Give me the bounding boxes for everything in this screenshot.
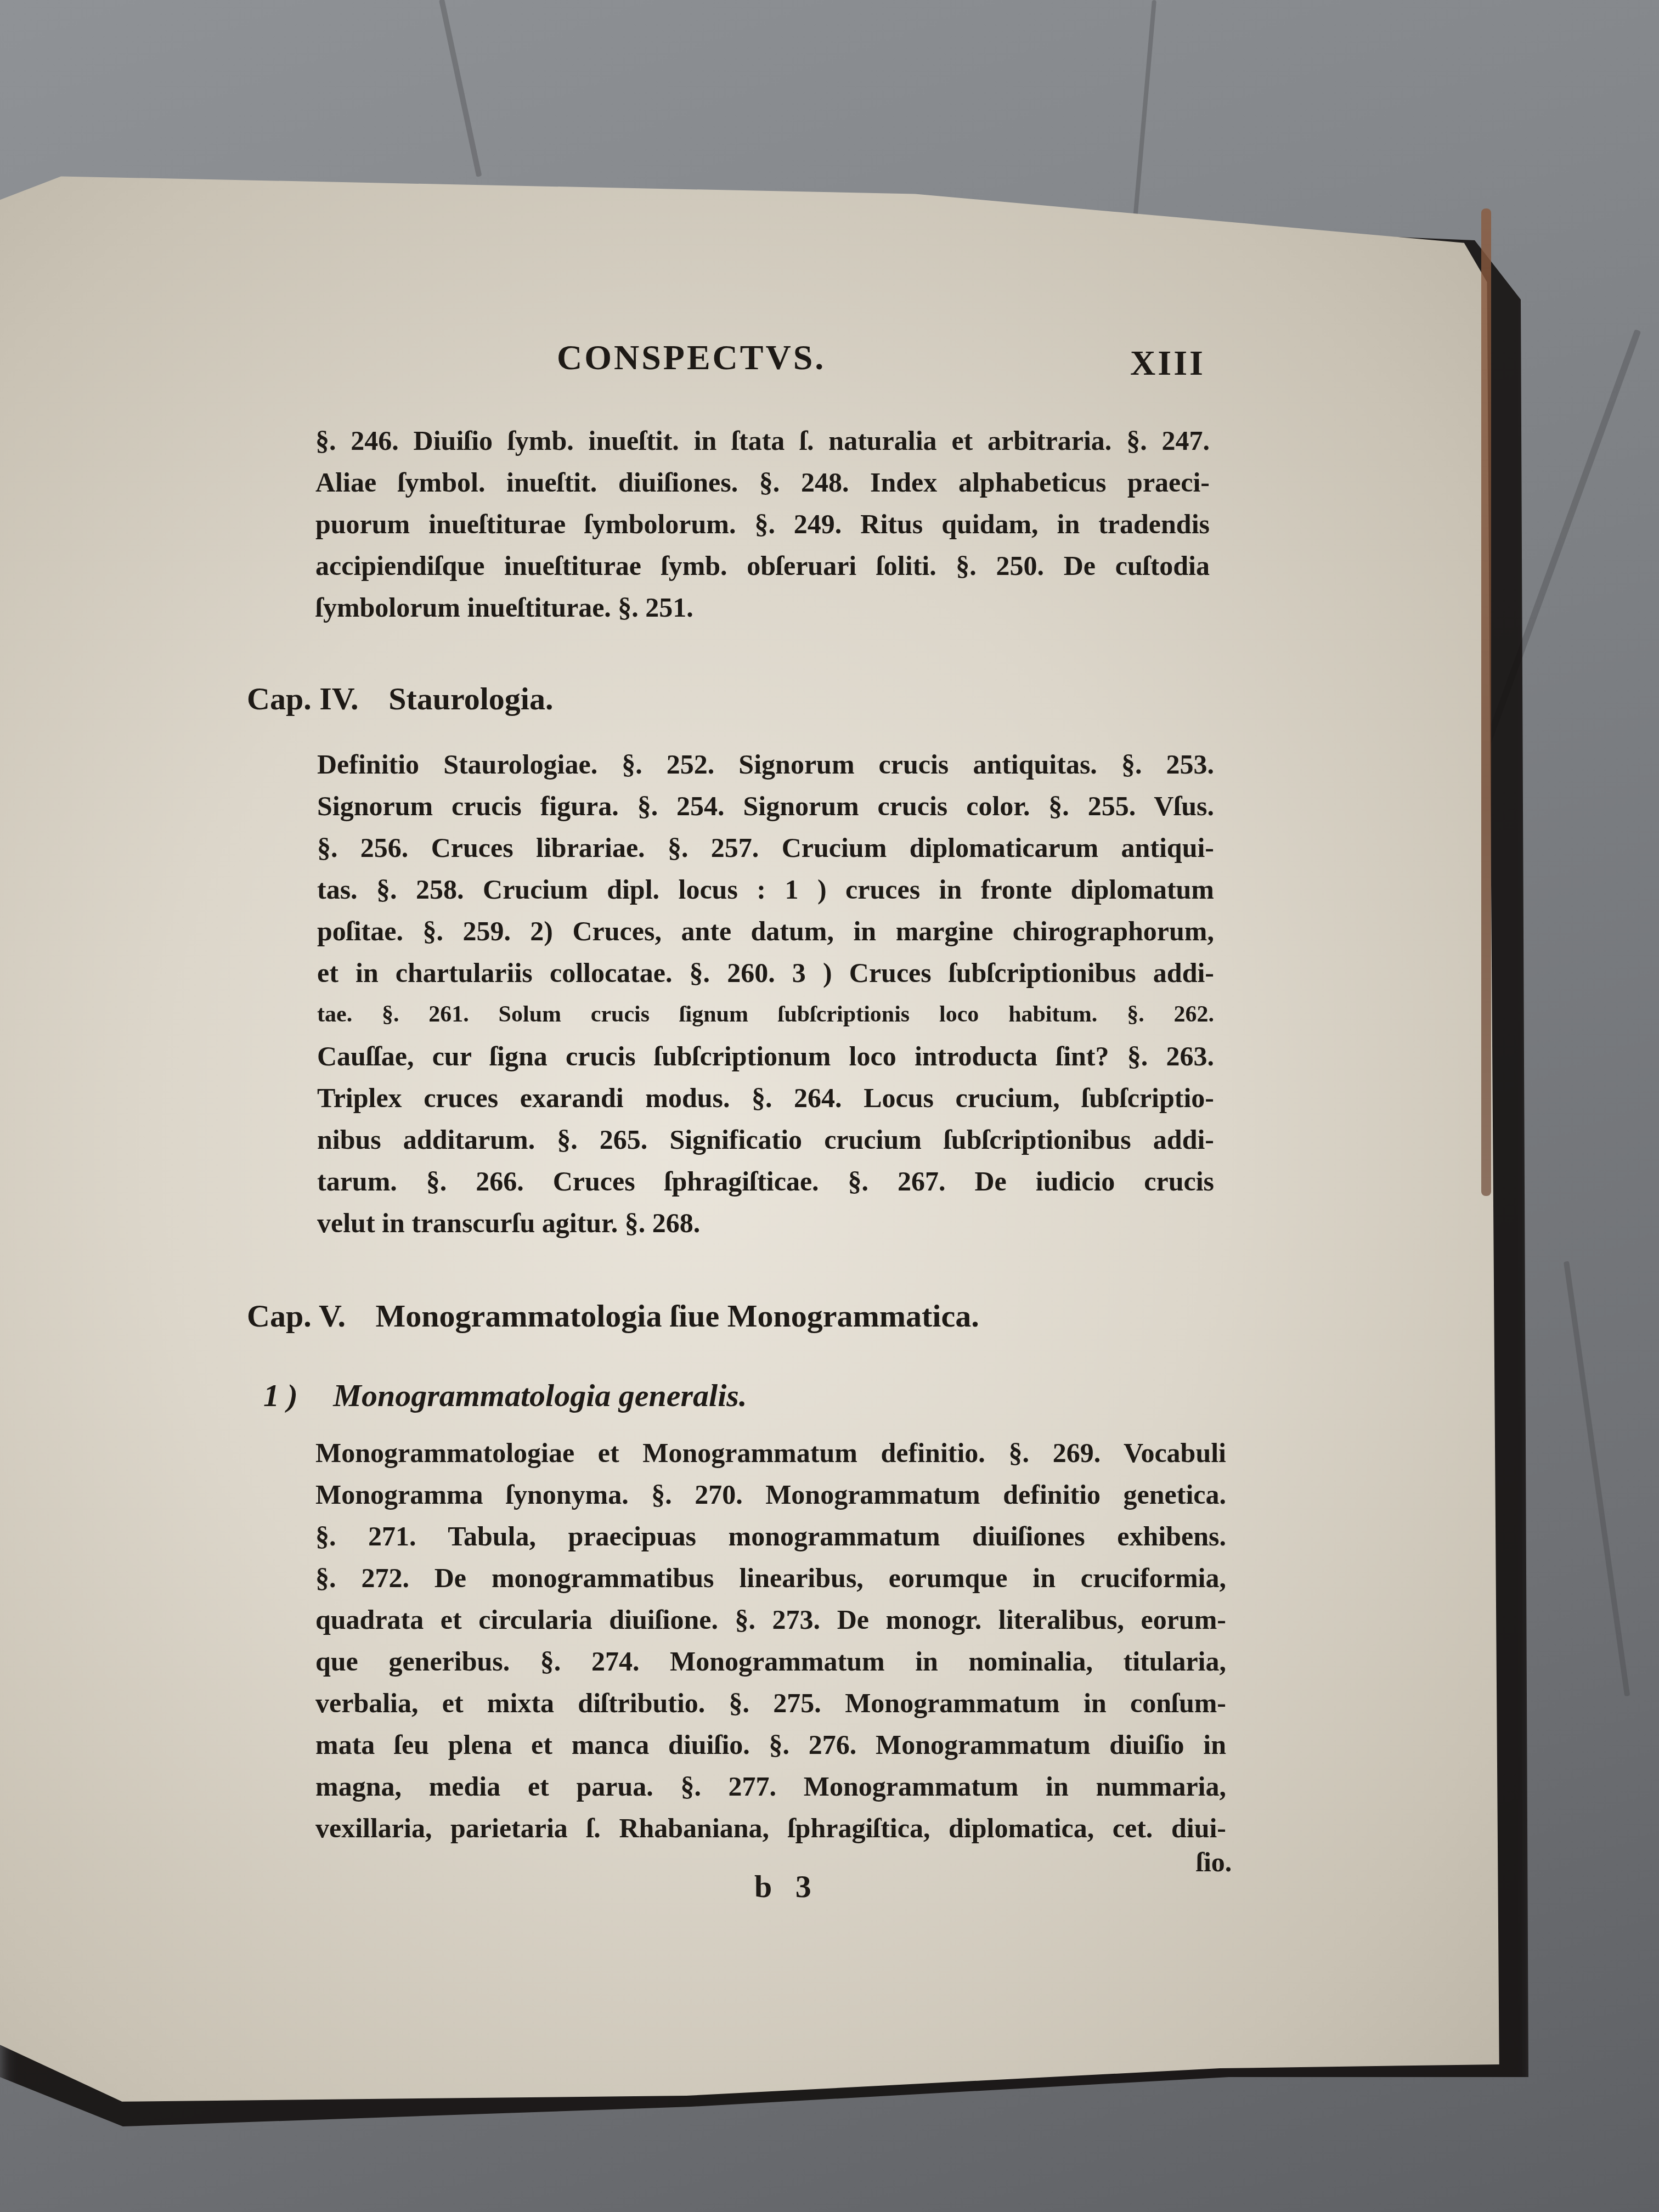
text-line: Definitio Staurologiae. §. 252. Signorum… bbox=[317, 743, 1214, 785]
text-line: magna, media et parua. §. 277. Monogramm… bbox=[315, 1765, 1226, 1807]
text-line: §. 246. Diuiſio ſymb. inueſtit. in ſtata… bbox=[315, 420, 1210, 461]
text-line: ſymbolorum inueſtiturae. §. 251. bbox=[315, 586, 1210, 628]
text-line: Monogramma ſynonyma. §. 270. Monogrammat… bbox=[315, 1474, 1226, 1515]
chapter-number: Cap. V. bbox=[247, 1298, 346, 1334]
subsection-heading: 1 ) Monogrammatologia generalis. bbox=[263, 1377, 747, 1414]
signature-mark: b 3 bbox=[754, 1868, 819, 1905]
text-line: poſitae. §. 259. 2) Cruces, ante datum, … bbox=[317, 910, 1214, 952]
text-line: et in chartulariis collocatae. §. 260. 3… bbox=[317, 952, 1214, 994]
page-header: CONSPECTVS. XIII bbox=[0, 337, 1659, 387]
text-line: verbalia, et mixta diſtributio. §. 275. … bbox=[315, 1682, 1226, 1724]
text-line: vexillaria, parietaria ſ. Rhabaniana, ſp… bbox=[315, 1807, 1226, 1849]
text-line: Monogrammatologiae et Monogrammatum defi… bbox=[315, 1432, 1226, 1474]
text-line: tarum. §. 266. Cruces ſphragiſticae. §. … bbox=[317, 1160, 1214, 1202]
text-line: §. 272. De monogrammatibus linearibus, e… bbox=[315, 1557, 1226, 1599]
chapter-number: Cap. IV. bbox=[247, 681, 359, 716]
text-line: velut in transcurſu agitur. §. 268. bbox=[317, 1202, 1214, 1244]
text-line: Aliae ſymbol. inueſtit. diuiſiones. §. 2… bbox=[315, 461, 1210, 503]
page-number: XIII bbox=[1130, 343, 1205, 383]
text-line: quadrata et circularia diuiſione. §. 273… bbox=[315, 1599, 1226, 1640]
text-line: tas. §. 258. Crucium dipl. locus : 1 ) c… bbox=[317, 868, 1214, 910]
catchword: ſio. bbox=[1196, 1846, 1232, 1878]
text-line: §. 271. Tabula, praecipuas monogrammatum… bbox=[315, 1515, 1226, 1557]
subsection-title: Monogrammatologia generalis. bbox=[333, 1378, 747, 1413]
running-title: CONSPECTVS. bbox=[557, 337, 826, 378]
text-line: Signorum crucis figura. §. 254. Signorum… bbox=[317, 785, 1214, 827]
text-line: puorum inueſtiturae ſymbolorum. §. 249. … bbox=[315, 503, 1210, 545]
subsection-number: 1 ) bbox=[263, 1378, 298, 1413]
chapter-heading-iv: Cap. IV. Staurologia. bbox=[247, 680, 553, 717]
chapter-heading-v: Cap. V. Monogrammatologia ſiue Monogramm… bbox=[247, 1297, 979, 1334]
page-content: CONSPECTVS. XIII §. 246. Diuiſio ſymb. i… bbox=[0, 0, 1659, 2212]
text-line: §. 256. Cruces librariae. §. 257. Cruciu… bbox=[317, 827, 1214, 868]
text-line: tae. §. 261. Solum crucis ſignum ſubſcri… bbox=[317, 994, 1214, 1035]
text-line: Triplex cruces exarandi modus. §. 264. L… bbox=[317, 1077, 1214, 1119]
chapter-title: Staurologia. bbox=[388, 681, 553, 716]
text-line: accipiendiſque inueſtiturae ſymb. obſeru… bbox=[315, 545, 1210, 586]
text-line: nibus additarum. §. 265. Significatio cr… bbox=[317, 1119, 1214, 1160]
text-line: mata ſeu plena et manca diuiſio. §. 276.… bbox=[315, 1724, 1226, 1765]
chapter-title: Monogrammatologia ſiue Monogrammatica. bbox=[376, 1298, 979, 1334]
intro-block: §. 246. Diuiſio ſymb. inueſtit. in ſtata… bbox=[315, 420, 1210, 628]
chapter-v-contents: Monogrammatologiae et Monogrammatum defi… bbox=[315, 1432, 1226, 1849]
text-line: Cauſſae, cur ſigna crucis ſubſcriptionum… bbox=[317, 1035, 1214, 1077]
text-line: que generibus. §. 274. Monogrammatum in … bbox=[315, 1640, 1226, 1682]
chapter-iv-contents: Definitio Staurologiae. §. 252. Signorum… bbox=[317, 743, 1214, 1244]
